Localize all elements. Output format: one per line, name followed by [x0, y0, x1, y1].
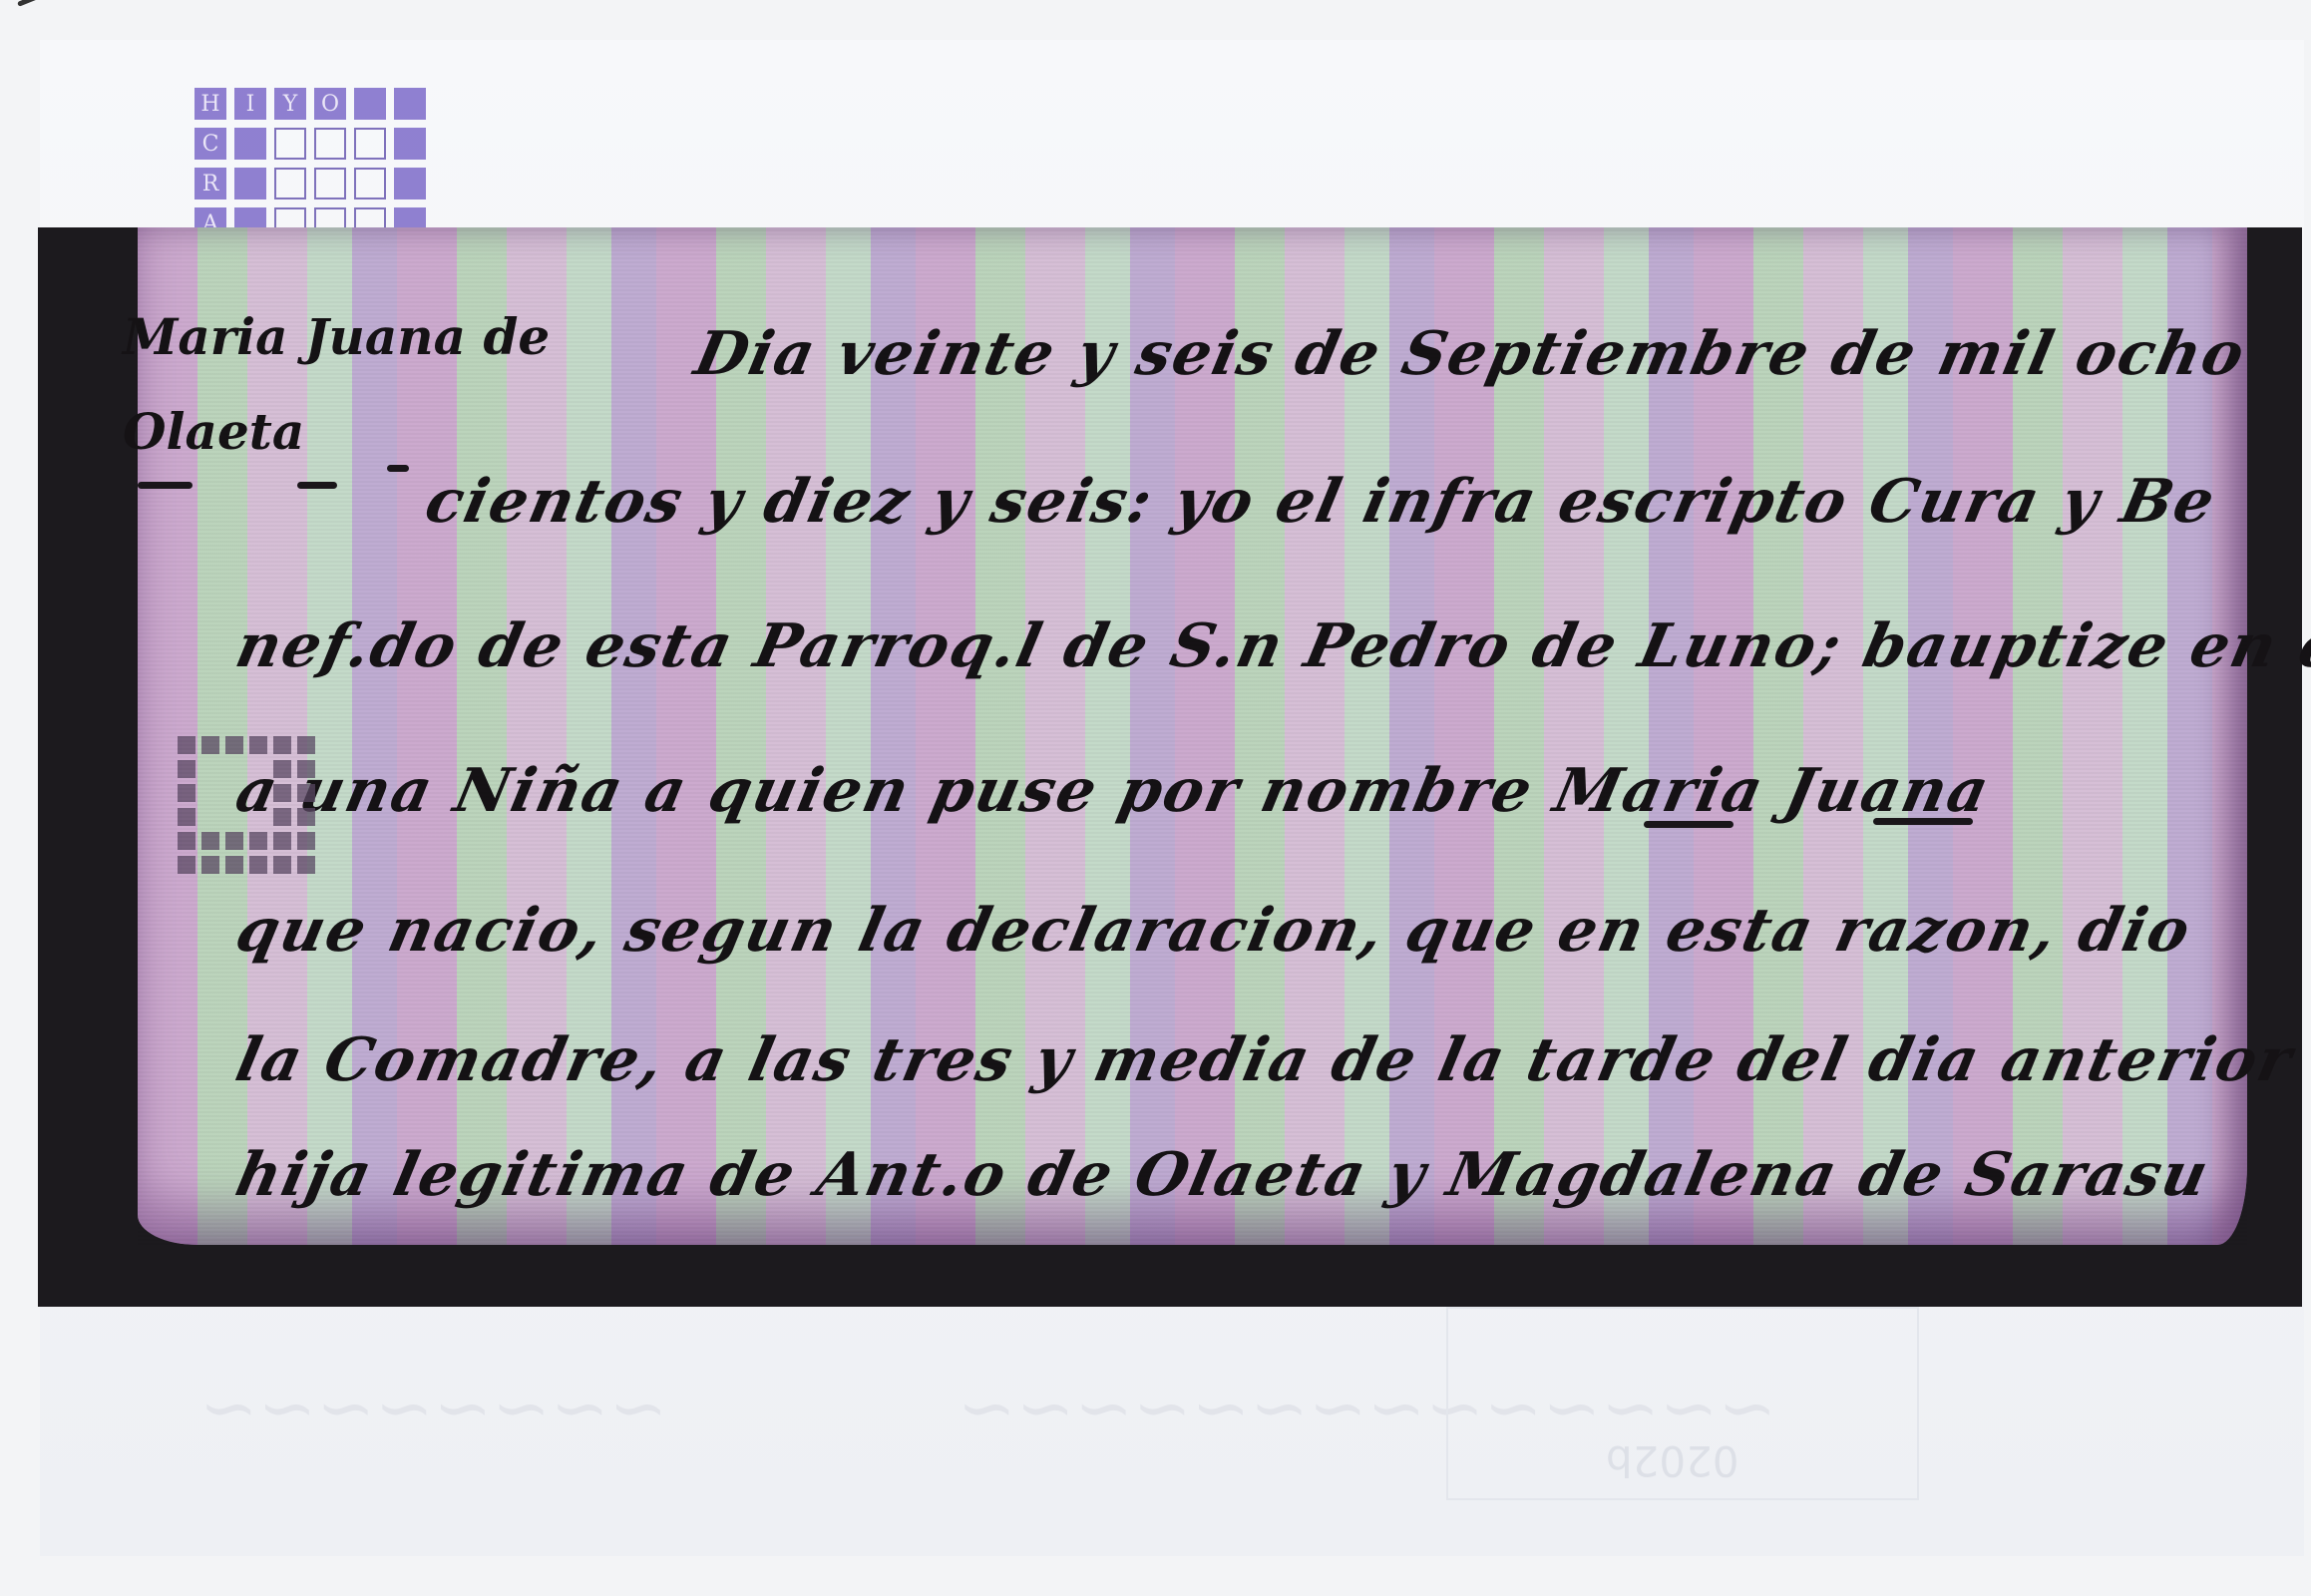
parchment-page: Maria Juana de Olaeta Dia veinte y seis … [138, 227, 2247, 1245]
archive-stamp: H I Y O C R A [194, 88, 426, 239]
margin-name-line2: Olaeta [123, 402, 304, 461]
stamp-cell: H [194, 88, 226, 120]
text-line-5: que nacio, segun la declaracion, que en … [230, 896, 2198, 966]
stamp-cell-empty [274, 128, 306, 160]
text-line-7: hija legitima de Ant.o de Olaeta y Magda… [230, 1140, 2216, 1210]
stamp-cell [394, 128, 426, 160]
bleed-through-text-left: ~~~~~~~~ [199, 1367, 667, 1448]
stamp-cell [394, 168, 426, 199]
stamp-cell-empty [354, 128, 386, 160]
margin-name-line1: Maria Juana de [123, 307, 550, 366]
margin-dash [297, 482, 337, 489]
text-line-2: cientos y diez y seis: yo el infra escri… [420, 467, 2222, 537]
stamp-cell [234, 168, 266, 199]
stamp-cell: I [234, 88, 266, 120]
name-underline [1873, 818, 1973, 825]
document-photo: Maria Juana de Olaeta Dia veinte y seis … [38, 227, 2302, 1307]
scanner-mark [17, 0, 75, 7]
small-archive-stamp [178, 736, 315, 874]
stamp-cell: R [194, 168, 226, 199]
stamp-cell: O [314, 88, 346, 120]
stamp-cell-empty [354, 168, 386, 199]
stamp-cell-empty [314, 168, 346, 199]
name-underline [1644, 821, 1733, 828]
bleed-through-code: 0202b [1606, 1436, 1739, 1485]
text-line-6: la Comadre, a las tres y media de la tar… [230, 1025, 2300, 1095]
margin-dash [387, 465, 409, 472]
stamp-cell [354, 88, 386, 120]
margin-dash [138, 482, 193, 489]
text-line-4: a una Niña a quien puse por nombre Maria… [230, 756, 1997, 826]
stamp-cell [234, 128, 266, 160]
stamp-cell-empty [274, 168, 306, 199]
text-line-1: Dia veinte y seis de Septiembre de mil o… [689, 319, 2252, 389]
text-line-3: nef.do de esta Parroq.l de S.n Pedro de … [230, 611, 2311, 681]
stamp-cell: C [194, 128, 226, 160]
stamp-cell: Y [274, 88, 306, 120]
stamp-cell-empty [314, 128, 346, 160]
stamp-cell [394, 88, 426, 120]
